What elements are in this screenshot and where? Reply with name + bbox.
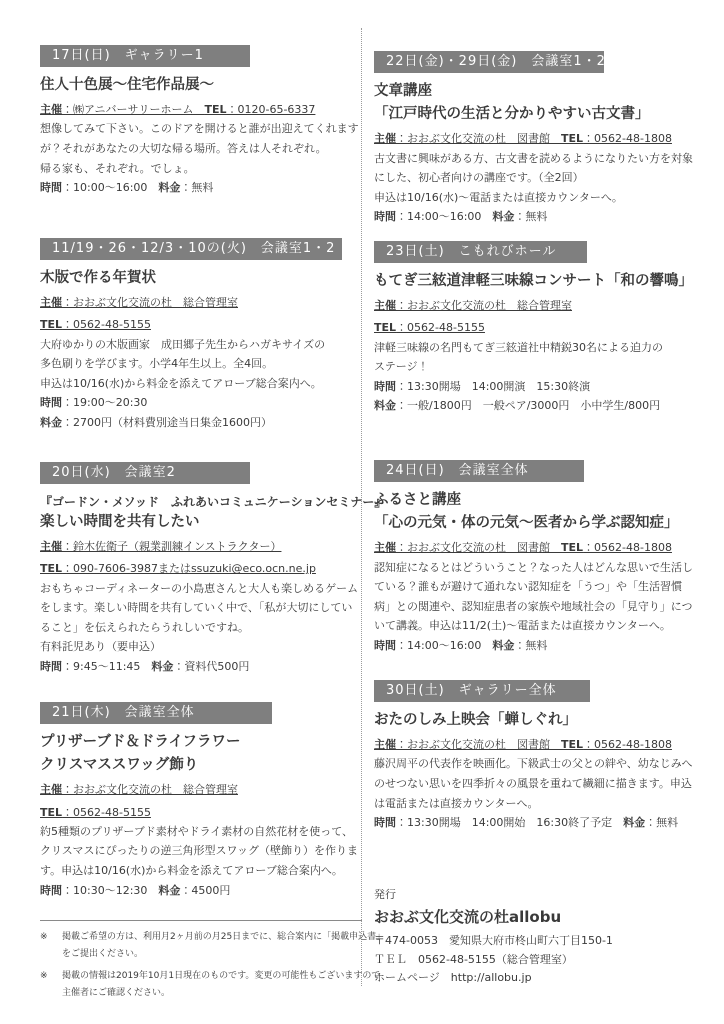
publisher-address: 〒474-0053 愛知県大府市柊山町六丁目150-1 bbox=[374, 932, 696, 950]
time-line: 時間：13:30開場 14:00開演 15:30終演 bbox=[374, 377, 696, 397]
field-value: ：0562-48-5155 bbox=[62, 318, 151, 331]
field-label: 時間 bbox=[374, 639, 396, 652]
time-fee-line: 時間：10:30～12:30 料金：4500円 bbox=[40, 881, 362, 901]
field-label: 時間 bbox=[40, 660, 62, 673]
field-label: 時間 bbox=[40, 396, 62, 409]
publisher-tel: ＴＥＬ 0562-48-5155（総合管理室） bbox=[374, 951, 696, 969]
field-label: TEL bbox=[204, 103, 226, 116]
footnote-marker: ※ bbox=[40, 968, 62, 1001]
field-value: ：無料 bbox=[645, 816, 678, 829]
field-value: ：おおぶ文化交流の杜 図書館 bbox=[396, 541, 561, 554]
event-title: ふるさと講座 bbox=[374, 489, 696, 512]
field-value: ：13:30開場 14:00開始 16:30終了予定 bbox=[396, 816, 623, 829]
field-value: ：おおぶ文化交流の杜 総合管理室 bbox=[396, 299, 572, 312]
event-description: 認知症になるとはどういうこと？なった人はどんな思いで生活し ている？誰もが避けて… bbox=[374, 558, 696, 636]
event-date-venue: 30日(土) ギャラリー全体 bbox=[386, 683, 557, 698]
event-subtitle: 『ゴードン・メソッド ふれあいコミュニケーションセミナー』 bbox=[40, 493, 362, 510]
field-label: 主催 bbox=[374, 132, 396, 145]
field-label: 時間 bbox=[374, 380, 396, 393]
footnote-marker: ※ bbox=[40, 929, 62, 962]
time-fee-line: 時間：10:00～16:00 料金：無料 bbox=[40, 178, 362, 198]
event-description: 津軽三味線の名門もてぎ三絃道社中精鋭30名による迫力の ステージ！ bbox=[374, 338, 696, 377]
footnote-text: 掲載ご希望の方は、利用月2ヶ月前の月25日までに、総合案内に「掲載申込書」 をご… bbox=[62, 929, 385, 962]
field-label: 料金 bbox=[492, 639, 514, 652]
field-label: 料金 bbox=[40, 416, 62, 429]
field-value: ：おおぶ文化交流の杜 総合管理室 bbox=[62, 783, 238, 796]
event-description: 大府ゆかりの木版画家 成田郷子先生からハガキサイズの 多色刷りを学びます。小学4… bbox=[40, 335, 362, 394]
time-fee-line: 時間：13:30開場 14:00開始 16:30終了予定 料金：無料 bbox=[374, 813, 696, 833]
field-value: ：無料 bbox=[180, 181, 213, 194]
event-date-venue: 17日(日) ギャラリー1 bbox=[52, 48, 204, 63]
field-value: ：9:45～11:45 bbox=[62, 660, 151, 673]
field-value: ：㈱アニバーサリーホーム bbox=[62, 103, 204, 116]
organizer-line: 主催：おおぶ文化交流の杜 図書館 TEL：0562-48-1808 bbox=[374, 735, 696, 754]
field-value: ：13:30開場 14:00開演 15:30終演 bbox=[396, 380, 590, 393]
field-label: 主催 bbox=[374, 299, 396, 312]
event-header-bar: 30日(土) ギャラリー全体 bbox=[374, 680, 590, 702]
time-fee-line: 時間：14:00～16:00 料金：無料 bbox=[374, 636, 696, 656]
field-label: 時間 bbox=[40, 181, 62, 194]
field-label: TEL bbox=[561, 738, 583, 751]
field-label: 主催 bbox=[40, 103, 62, 116]
field-value: ：無料 bbox=[514, 210, 547, 223]
field-value: ：0120-65-6337 bbox=[226, 103, 315, 116]
event-date-venue: 21日(木) 会議室全体 bbox=[52, 705, 195, 720]
field-value: ：おおぶ文化交流の杜 図書館 bbox=[396, 738, 561, 751]
field-label: 料金 bbox=[374, 399, 396, 412]
field-label: TEL bbox=[561, 132, 583, 145]
field-label: 料金 bbox=[151, 660, 173, 673]
footnote-item: ※ 掲載ご希望の方は、利用月2ヶ月前の月25日までに、総合案内に「掲載申込書」 … bbox=[40, 929, 362, 962]
event-date-venue: 20日(水) 会議室2 bbox=[52, 465, 176, 480]
event-section-r1: 22日(金)・29日(金) 会議室1・2 文章講座 「江戸時代の生活と分かりやす… bbox=[374, 51, 696, 227]
event-header-bar: 17日(日) ギャラリー1 bbox=[40, 45, 250, 67]
field-label: TEL bbox=[40, 318, 62, 331]
event-date-venue: 22日(金)・29日(金) 会議室1・2 bbox=[386, 54, 604, 69]
field-value: ：14:00～16:00 bbox=[396, 639, 492, 652]
event-date-venue: 23日(土) こもれびホール bbox=[386, 244, 556, 259]
field-label: 料金 bbox=[158, 884, 180, 897]
publisher-homepage: ホームページ http://allobu.jp bbox=[374, 969, 696, 987]
event-title-line2: 「江戸時代の生活と分かりやすい古文書」 bbox=[374, 103, 696, 126]
tel-line: TEL：090-7606-3987またはssuzuki@eco.ocn.ne.j… bbox=[40, 559, 362, 578]
field-value: ：資料代500円 bbox=[173, 660, 249, 673]
fee-line: 料金：一般/1800円 一般ペア/3000円 小中学生/800円 bbox=[374, 396, 696, 416]
event-description: 古文書に興味がある方、古文書を読めるようになりたい方を対象 にした、初心者向けの… bbox=[374, 149, 696, 208]
footnote-item: ※ 掲載の情報は2019年10月1日現在のものです。変更の可能性もございますので… bbox=[40, 968, 362, 1001]
field-value: ：0562-48-5155 bbox=[396, 321, 485, 334]
field-value: ：10:30～12:30 bbox=[62, 884, 158, 897]
fee-line: 料金：2700円（材料費別途当日集金1600円） bbox=[40, 413, 362, 433]
field-value: ：鈴木佐衛子（親業訓練インストラクター） bbox=[62, 540, 281, 553]
field-value: ：090-7606-3987またはssuzuki@eco.ocn.ne.jp bbox=[62, 562, 316, 575]
event-title: おたのしみ上映会「蝉しぐれ」 bbox=[374, 709, 696, 732]
tel-line: TEL：0562-48-5155 bbox=[40, 803, 362, 822]
event-title: プリザーブド＆ドライフラワー bbox=[40, 731, 362, 754]
event-date-venue: 11/19・26・12/3・10の(火) 会議室1・2 bbox=[52, 241, 335, 256]
event-title: 楽しい時間を共有したい bbox=[40, 511, 362, 534]
event-title: 住人十色展～住宅作品展～ bbox=[40, 74, 362, 97]
organizer-line: 主催：おおぶ文化交流の杜 図書館 TEL：0562-48-1808 bbox=[374, 129, 696, 148]
event-title: もてぎ三絃道津軽三味線コンサート「和の響鳴」 bbox=[374, 270, 696, 293]
field-value: ：0562-48-1808 bbox=[583, 541, 672, 554]
field-label: 時間 bbox=[40, 884, 62, 897]
field-value: ：14:00～16:00 bbox=[396, 210, 492, 223]
footnotes-divider-line bbox=[40, 920, 362, 921]
event-description: おもちゃコーディネーターの小島恵さんと大人も楽しめるゲーム をします。楽しい時間… bbox=[40, 579, 362, 657]
organizer-line: 主催：㈱アニバーサリーホーム TEL：0120-65-6337 bbox=[40, 100, 362, 119]
field-value: ：19:00～20:30 bbox=[62, 396, 147, 409]
field-value: ：0562-48-1808 bbox=[583, 132, 672, 145]
event-title-line2: クリスマススワッグ飾り bbox=[40, 754, 362, 777]
field-value: ：無料 bbox=[514, 639, 547, 652]
field-label: 主催 bbox=[374, 738, 396, 751]
flyer-page: 17日(日) ギャラリー1 住人十色展～住宅作品展～ 主催：㈱アニバーサリーホー… bbox=[0, 0, 724, 1024]
field-label: TEL bbox=[374, 321, 396, 334]
field-label: 時間 bbox=[374, 210, 396, 223]
tel-line: TEL：0562-48-5155 bbox=[40, 315, 362, 334]
event-header-bar: 24日(日) 会議室全体 bbox=[374, 460, 584, 482]
tel-line: TEL：0562-48-5155 bbox=[374, 318, 696, 337]
event-section-r4: 30日(土) ギャラリー全体 おたのしみ上映会「蝉しぐれ」 主催：おおぶ文化交流… bbox=[374, 680, 696, 833]
field-label: 料金 bbox=[492, 210, 514, 223]
organizer-line: 主催：おおぶ文化交流の杜 総合管理室 bbox=[40, 293, 362, 312]
time-line: 時間：19:00～20:30 bbox=[40, 393, 362, 413]
event-header-bar: 11/19・26・12/3・10の(火) 会議室1・2 bbox=[40, 238, 342, 260]
event-title: 文章講座 bbox=[374, 80, 696, 103]
event-header-bar: 23日(土) こもれびホール bbox=[374, 241, 587, 263]
publisher-name: おおぶ文化交流の杜allobu bbox=[374, 906, 696, 929]
field-label: TEL bbox=[40, 806, 62, 819]
event-header-bar: 21日(木) 会議室全体 bbox=[40, 702, 272, 724]
organizer-line: 主催：おおぶ文化交流の杜 図書館 TEL：0562-48-1808 bbox=[374, 538, 696, 557]
field-label: 主催 bbox=[40, 783, 62, 796]
field-label: 料金 bbox=[623, 816, 645, 829]
field-label: 時間 bbox=[374, 816, 396, 829]
event-title: 木版で作る年賀状 bbox=[40, 267, 362, 290]
footnotes-block: ※ 掲載ご希望の方は、利用月2ヶ月前の月25日までに、総合案内に「掲載申込書」 … bbox=[40, 920, 362, 1002]
time-fee-line: 時間：9:45～11:45 料金：資料代500円 bbox=[40, 657, 362, 677]
event-section-r2: 23日(土) こもれびホール もてぎ三絃道津軽三味線コンサート「和の響鳴」 主催… bbox=[374, 241, 696, 416]
field-label: 主催 bbox=[374, 541, 396, 554]
publisher-label: 発行 bbox=[374, 886, 696, 904]
event-description: 想像してみて下さい。このドアを開けると誰が出迎えてくれます が？それがあなたの大… bbox=[40, 119, 362, 178]
event-section-l3: 20日(水) 会議室2 『ゴードン・メソッド ふれあいコミュニケーションセミナー… bbox=[40, 462, 362, 677]
event-section-l1: 17日(日) ギャラリー1 住人十色展～住宅作品展～ 主催：㈱アニバーサリーホー… bbox=[40, 45, 362, 198]
organizer-line: 主催：鈴木佐衛子（親業訓練インストラクター） bbox=[40, 537, 362, 556]
event-section-l2: 11/19・26・12/3・10の(火) 会議室1・2 木版で作る年賀状 主催：… bbox=[40, 238, 362, 433]
field-value: ：おおぶ文化交流の杜 図書館 bbox=[396, 132, 561, 145]
field-value: ：おおぶ文化交流の杜 総合管理室 bbox=[62, 296, 238, 309]
organizer-line: 主催：おおぶ文化交流の杜 総合管理室 bbox=[40, 780, 362, 799]
field-label: TEL bbox=[40, 562, 62, 575]
event-title-line2: 「心の元気・体の元気～医者から学ぶ認知症」 bbox=[374, 512, 696, 535]
field-label: 主催 bbox=[40, 296, 62, 309]
field-label: 料金 bbox=[158, 181, 180, 194]
field-value: ：一般/1800円 一般ペア/3000円 小中学生/800円 bbox=[396, 399, 660, 412]
event-description: 約5種類のプリザーブド素材やドライ素材の自然花材を使って、 クリスマスにぴったり… bbox=[40, 822, 362, 881]
footnote-text: 掲載の情報は2019年10月1日現在のものです。変更の可能性もございますので 主… bbox=[62, 968, 380, 1001]
field-value: ：4500円 bbox=[180, 884, 230, 897]
field-value: ：0562-48-5155 bbox=[62, 806, 151, 819]
time-fee-line: 時間：14:00～16:00 料金：無料 bbox=[374, 207, 696, 227]
event-header-bar: 22日(金)・29日(金) 会議室1・2 bbox=[374, 51, 604, 73]
event-date-venue: 24日(日) 会議室全体 bbox=[386, 463, 529, 478]
event-section-r3: 24日(日) 会議室全体 ふるさと講座 「心の元気・体の元気～医者から学ぶ認知症… bbox=[374, 460, 696, 656]
organizer-line: 主催：おおぶ文化交流の杜 総合管理室 bbox=[374, 296, 696, 315]
field-value: ：2700円（材料費別途当日集金1600円） bbox=[62, 416, 272, 429]
field-label: TEL bbox=[561, 541, 583, 554]
field-value: ：10:00～16:00 bbox=[62, 181, 158, 194]
publisher-block: 発行 おおぶ文化交流の杜allobu 〒474-0053 愛知県大府市柊山町六丁… bbox=[374, 886, 696, 988]
event-header-bar: 20日(水) 会議室2 bbox=[40, 462, 250, 484]
event-description: 藤沢周平の代表作を映画化。下級武士の父との絆や、幼なじみへ のせつない思いを四季… bbox=[374, 754, 696, 813]
field-label: 主催 bbox=[40, 540, 62, 553]
event-section-l4: 21日(木) 会議室全体 プリザーブド＆ドライフラワー クリスマススワッグ飾り … bbox=[40, 702, 362, 900]
field-value: ：0562-48-1808 bbox=[583, 738, 672, 751]
